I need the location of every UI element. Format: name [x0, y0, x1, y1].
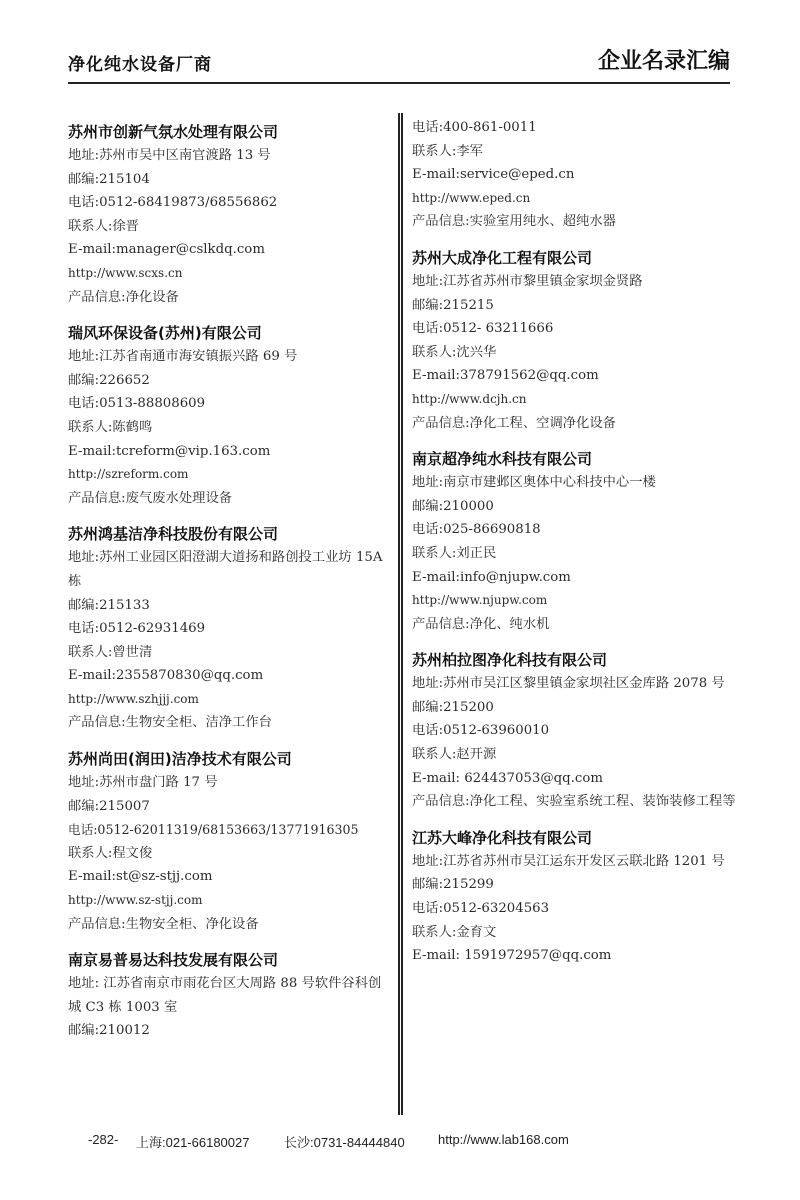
email: E-mail:2355870830@qq.com — [68, 664, 388, 688]
phone: 电话:0512- 63211666 — [412, 317, 737, 341]
website: http://www.scxs.cn — [68, 262, 388, 286]
header-right-title: 企业名录汇编 — [598, 44, 730, 75]
email: E-mail:service@eped.cn — [412, 163, 737, 187]
address: 地址: 江苏省南京市雨花台区大周路 88 号软件谷科创城 C3 栋 1003 室 — [68, 972, 388, 1019]
products: 产品信息:实验室用纯水、超纯水器 — [412, 210, 737, 234]
postcode: 邮编:215007 — [68, 795, 388, 819]
left-column: 苏州市创新气氛水处理有限公司 地址:苏州市吴中区南官渡路 13 号 邮编:215… — [68, 116, 388, 1055]
email: E-mail:manager@cslkdq.com — [68, 238, 388, 262]
phone: 电话:0512-63204563 — [412, 897, 737, 921]
page-number: -282- — [88, 1132, 118, 1147]
header-left-title: 净化纯水设备厂商 — [68, 50, 212, 75]
company-entry: 瑞风环保设备(苏州)有限公司 地址:江苏省南通市海安镇振兴路 69 号 邮编:2… — [68, 321, 388, 510]
company-name: 瑞风环保设备(苏州)有限公司 — [68, 321, 388, 345]
company-entry: 苏州市创新气氛水处理有限公司 地址:苏州市吴中区南官渡路 13 号 邮编:215… — [68, 120, 388, 309]
website: http://www.dcjh.cn — [412, 388, 737, 412]
footer-changsha-phone: 长沙:0731-84444840 — [284, 1132, 405, 1151]
website: http://www.eped.cn — [412, 187, 737, 211]
postcode: 邮编:215104 — [68, 168, 388, 192]
address: 地址:苏州市吴江区黎里镇金家坝社区金库路 2078 号 — [412, 672, 737, 696]
phone: 电话:0513-88808609 — [68, 392, 388, 416]
right-column: 电话:400-861-0011 联系人:李军 E-mail:service@ep… — [412, 116, 737, 980]
company-entry: 南京超净纯水科技有限公司 地址:南京市建邺区奥体中心科技中心一楼 邮编:2100… — [412, 447, 737, 636]
email: E-mail:st@sz-stjj.com — [68, 865, 388, 889]
company-name: 南京易普易达科技发展有限公司 — [68, 948, 388, 972]
products: 产品信息:废气废水处理设备 — [68, 487, 388, 511]
contact: 联系人:李军 — [412, 140, 737, 164]
phone: 电话:025-86690818 — [412, 518, 737, 542]
company-entry-continued: 电话:400-861-0011 联系人:李军 E-mail:service@ep… — [412, 116, 737, 234]
address: 地址:江苏省南通市海安镇振兴路 69 号 — [68, 345, 388, 369]
company-name: 苏州大成净化工程有限公司 — [412, 246, 737, 270]
contact: 联系人:沈兴华 — [412, 341, 737, 365]
website: http://www.sz-stjj.com — [68, 889, 388, 913]
address: 地址:苏州市盘门路 17 号 — [68, 771, 388, 795]
address: 地址:苏州市吴中区南官渡路 13 号 — [68, 144, 388, 168]
company-entry: 苏州柏拉图净化科技有限公司 地址:苏州市吴江区黎里镇金家坝社区金库路 2078 … — [412, 648, 737, 814]
footer-shanghai-phone: 上海:021-66180027 — [136, 1132, 249, 1151]
products: 产品信息:生物安全柜、净化设备 — [68, 913, 388, 937]
company-entry: 苏州鸿基洁净科技股份有限公司 地址:苏州工业园区阳澄湖大道扬和路创投工业坊 15… — [68, 522, 388, 735]
postcode: 邮编:215200 — [412, 696, 737, 720]
email: E-mail:tcreform@vip.163.com — [68, 440, 388, 464]
products: 产品信息:净化工程、实验室系统工程、装饰装修工程等 — [412, 790, 737, 814]
email: E-mail:378791562@qq.com — [412, 364, 737, 388]
contact: 联系人:徐晋 — [68, 215, 388, 239]
address: 地址:南京市建邺区奥体中心科技中心一楼 — [412, 471, 737, 495]
postcode: 邮编:210012 — [68, 1019, 388, 1043]
address: 地址:江苏省苏州市吴江运东开发区云联北路 1201 号 — [412, 850, 737, 874]
company-entry: 南京易普易达科技发展有限公司 地址: 江苏省南京市雨花台区大周路 88 号软件谷… — [68, 948, 388, 1043]
company-name: 苏州市创新气氛水处理有限公司 — [68, 120, 388, 144]
company-name: 苏州鸿基洁净科技股份有限公司 — [68, 522, 388, 546]
phone: 电话:0512-63960010 — [412, 719, 737, 743]
products: 产品信息:净化设备 — [68, 286, 388, 310]
products: 产品信息:生物安全柜、洁净工作台 — [68, 711, 388, 735]
email: E-mail:info@njupw.com — [412, 566, 737, 590]
phone: 电话:0512-62931469 — [68, 617, 388, 641]
company-entry: 江苏大峰净化科技有限公司 地址:江苏省苏州市吴江运东开发区云联北路 1201 号… — [412, 826, 737, 968]
postcode: 邮编:215299 — [412, 873, 737, 897]
postcode: 邮编:215133 — [68, 594, 388, 618]
company-name: 苏州柏拉图净化科技有限公司 — [412, 648, 737, 672]
products: 产品信息:净化、纯水机 — [412, 613, 737, 637]
postcode: 邮编:226652 — [68, 369, 388, 393]
website: http://www.njupw.com — [412, 589, 737, 613]
website: http://szreform.com — [68, 463, 388, 487]
company-entry: 苏州尚田(润田)洁净技术有限公司 地址:苏州市盘门路 17 号 邮编:21500… — [68, 747, 388, 936]
contact: 联系人:赵开源 — [412, 743, 737, 767]
email: E-mail: 1591972957@qq.com — [412, 944, 737, 968]
email: E-mail: 624437053@qq.com — [412, 767, 737, 791]
company-entry: 苏州大成净化工程有限公司 地址:江苏省苏州市黎里镇金家坝金贤路 邮编:21521… — [412, 246, 737, 435]
company-name: 江苏大峰净化科技有限公司 — [412, 826, 737, 850]
company-name: 苏州尚田(润田)洁净技术有限公司 — [68, 747, 388, 771]
address: 地址:江苏省苏州市黎里镇金家坝金贤路 — [412, 270, 737, 294]
contact: 联系人:程文俊 — [68, 842, 388, 866]
phone: 电话:0512-68419873/68556862 — [68, 191, 388, 215]
contact: 联系人:陈鹤鸣 — [68, 416, 388, 440]
column-divider — [398, 113, 403, 1115]
contact: 联系人:刘正民 — [412, 542, 737, 566]
postcode: 邮编:210000 — [412, 495, 737, 519]
phone: 电话:400-861-0011 — [412, 116, 737, 140]
contact: 联系人:曾世清 — [68, 641, 388, 665]
footer-website: http://www.lab168.com — [438, 1132, 569, 1147]
postcode: 邮编:215215 — [412, 294, 737, 318]
contact: 联系人:金育文 — [412, 921, 737, 945]
products: 产品信息:净化工程、空调净化设备 — [412, 412, 737, 436]
website: http://www.szhjjj.com — [68, 688, 388, 712]
header-rule — [68, 82, 730, 84]
company-name: 南京超净纯水科技有限公司 — [412, 447, 737, 471]
phone: 电话:0512-62011319/68153663/13771916305 — [68, 818, 388, 842]
address: 地址:苏州工业园区阳澄湖大道扬和路创投工业坊 15A 栋 — [68, 546, 388, 593]
